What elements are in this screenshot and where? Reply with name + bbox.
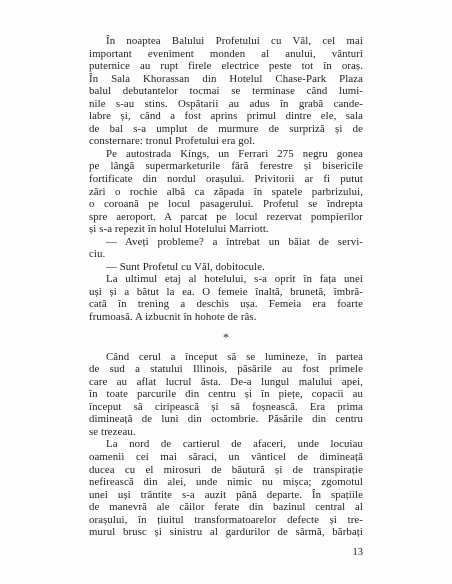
text-line: — Sunt Profetul cu Văl, dobitocule. [89,261,363,274]
text-line: de bal s-a umplut de murmure de surpriză… [89,123,363,136]
text-line: se trezeau. [89,426,363,439]
text-line: oamenii cei mai săraci, un vânticel de d… [89,451,363,464]
text-line: zări o rochie albă ca zăpada în spatele … [89,186,363,199]
text-column: În noaptea Balului Profetului cu Văl, ce… [89,35,363,539]
text-line: cată în trening a deschis ușa. Femeia er… [89,298,363,311]
text-line: Pe autostrada Kings, un Ferrari 275 negr… [89,148,363,161]
text-line: În Sala Khorassan din Hotelul Chase-Park… [89,73,363,86]
text-line: de sud a statului Illinois, păsările au … [89,363,363,376]
text-line: și s-a repezit în holul Hotelului Marrio… [89,223,363,236]
text-line: balul debutantelor tocmai se terminase c… [89,85,363,98]
paragraph: La nord de cartierul de afaceri, unde lo… [89,438,363,538]
text-line: uși și a bătut la ea. O femeie înaltă, b… [89,286,363,299]
text-line: unei uși trântite s-a auzit până departe… [89,489,363,502]
paragraph: Pe autostrada Kings, un Ferrari 275 negr… [89,148,363,236]
text-line: La ultimul etaj al hotelului, s-a oprit … [89,273,363,286]
text-line: La nord de cartierul de afaceri, unde lo… [89,438,363,451]
text-line: ducea cu el mirosuri de băutură și de tr… [89,464,363,477]
text-line: labre și, când a fost aprins primul dint… [89,110,363,123]
text-line: nile s-au stins. Ospătarii au adus în gr… [89,98,363,111]
book-page: În noaptea Balului Profetului cu Văl, ce… [0,0,452,584]
text-line: spre aeroport. A parcat pe locul rezerva… [89,211,363,224]
text-line: Când cerul a început să se lumineze, în … [89,351,363,364]
paragraph: — Aveți probleme? a întrebat un băiat de… [89,236,363,261]
page-number: 13 [89,547,363,559]
text-line: consternare: tronul Profetului era gol. [89,135,363,148]
text-line: murul brusc și sinistru al gardurilor de… [89,526,363,539]
text-line: frumoasă. A izbucnit în hohote de râs. [89,311,363,324]
text-line: important eveniment monden al anului, vâ… [89,48,363,61]
paragraph: La ultimul etaj al hotelului, s-a oprit … [89,273,363,323]
paragraph: — Sunt Profetul cu Văl, dobitocule. [89,261,363,274]
text-line: puternice au rupt firele electrice peste… [89,60,363,73]
paragraph: În noaptea Balului Profetului cu Văl, ce… [89,35,363,148]
text-line: fortificate din nordul orașului. Privito… [89,173,363,186]
text-line: pe lângă supermarketurile fără ferestre … [89,160,363,173]
text-line: orașului, în țiuitul transformatoarelor … [89,514,363,527]
text-line: dimineață de luni din octombrie. Păsăril… [89,413,363,426]
text-line: o coroană pe locul pasagerului. Profetul… [89,198,363,211]
text-line: care au aflat lucrul ăsta. De-a lungul m… [89,376,363,389]
text-line: În noaptea Balului Profetului cu Văl, ce… [89,35,363,48]
text-line: în toate parcurile din centru și în pieț… [89,388,363,401]
paragraph: Când cerul a început să se lumineze, în … [89,351,363,439]
text-line: nefirească din alei, unde nimic nu mișca… [89,476,363,489]
text-line: ciu. [89,248,363,261]
text-line: început să ciripească și să foșnească. E… [89,401,363,414]
text-line: de manevră ale căilor ferate din bazinul… [89,501,363,514]
section-break-asterisk: * [89,324,363,351]
text-line: — Aveți probleme? a întrebat un băiat de… [89,236,363,249]
